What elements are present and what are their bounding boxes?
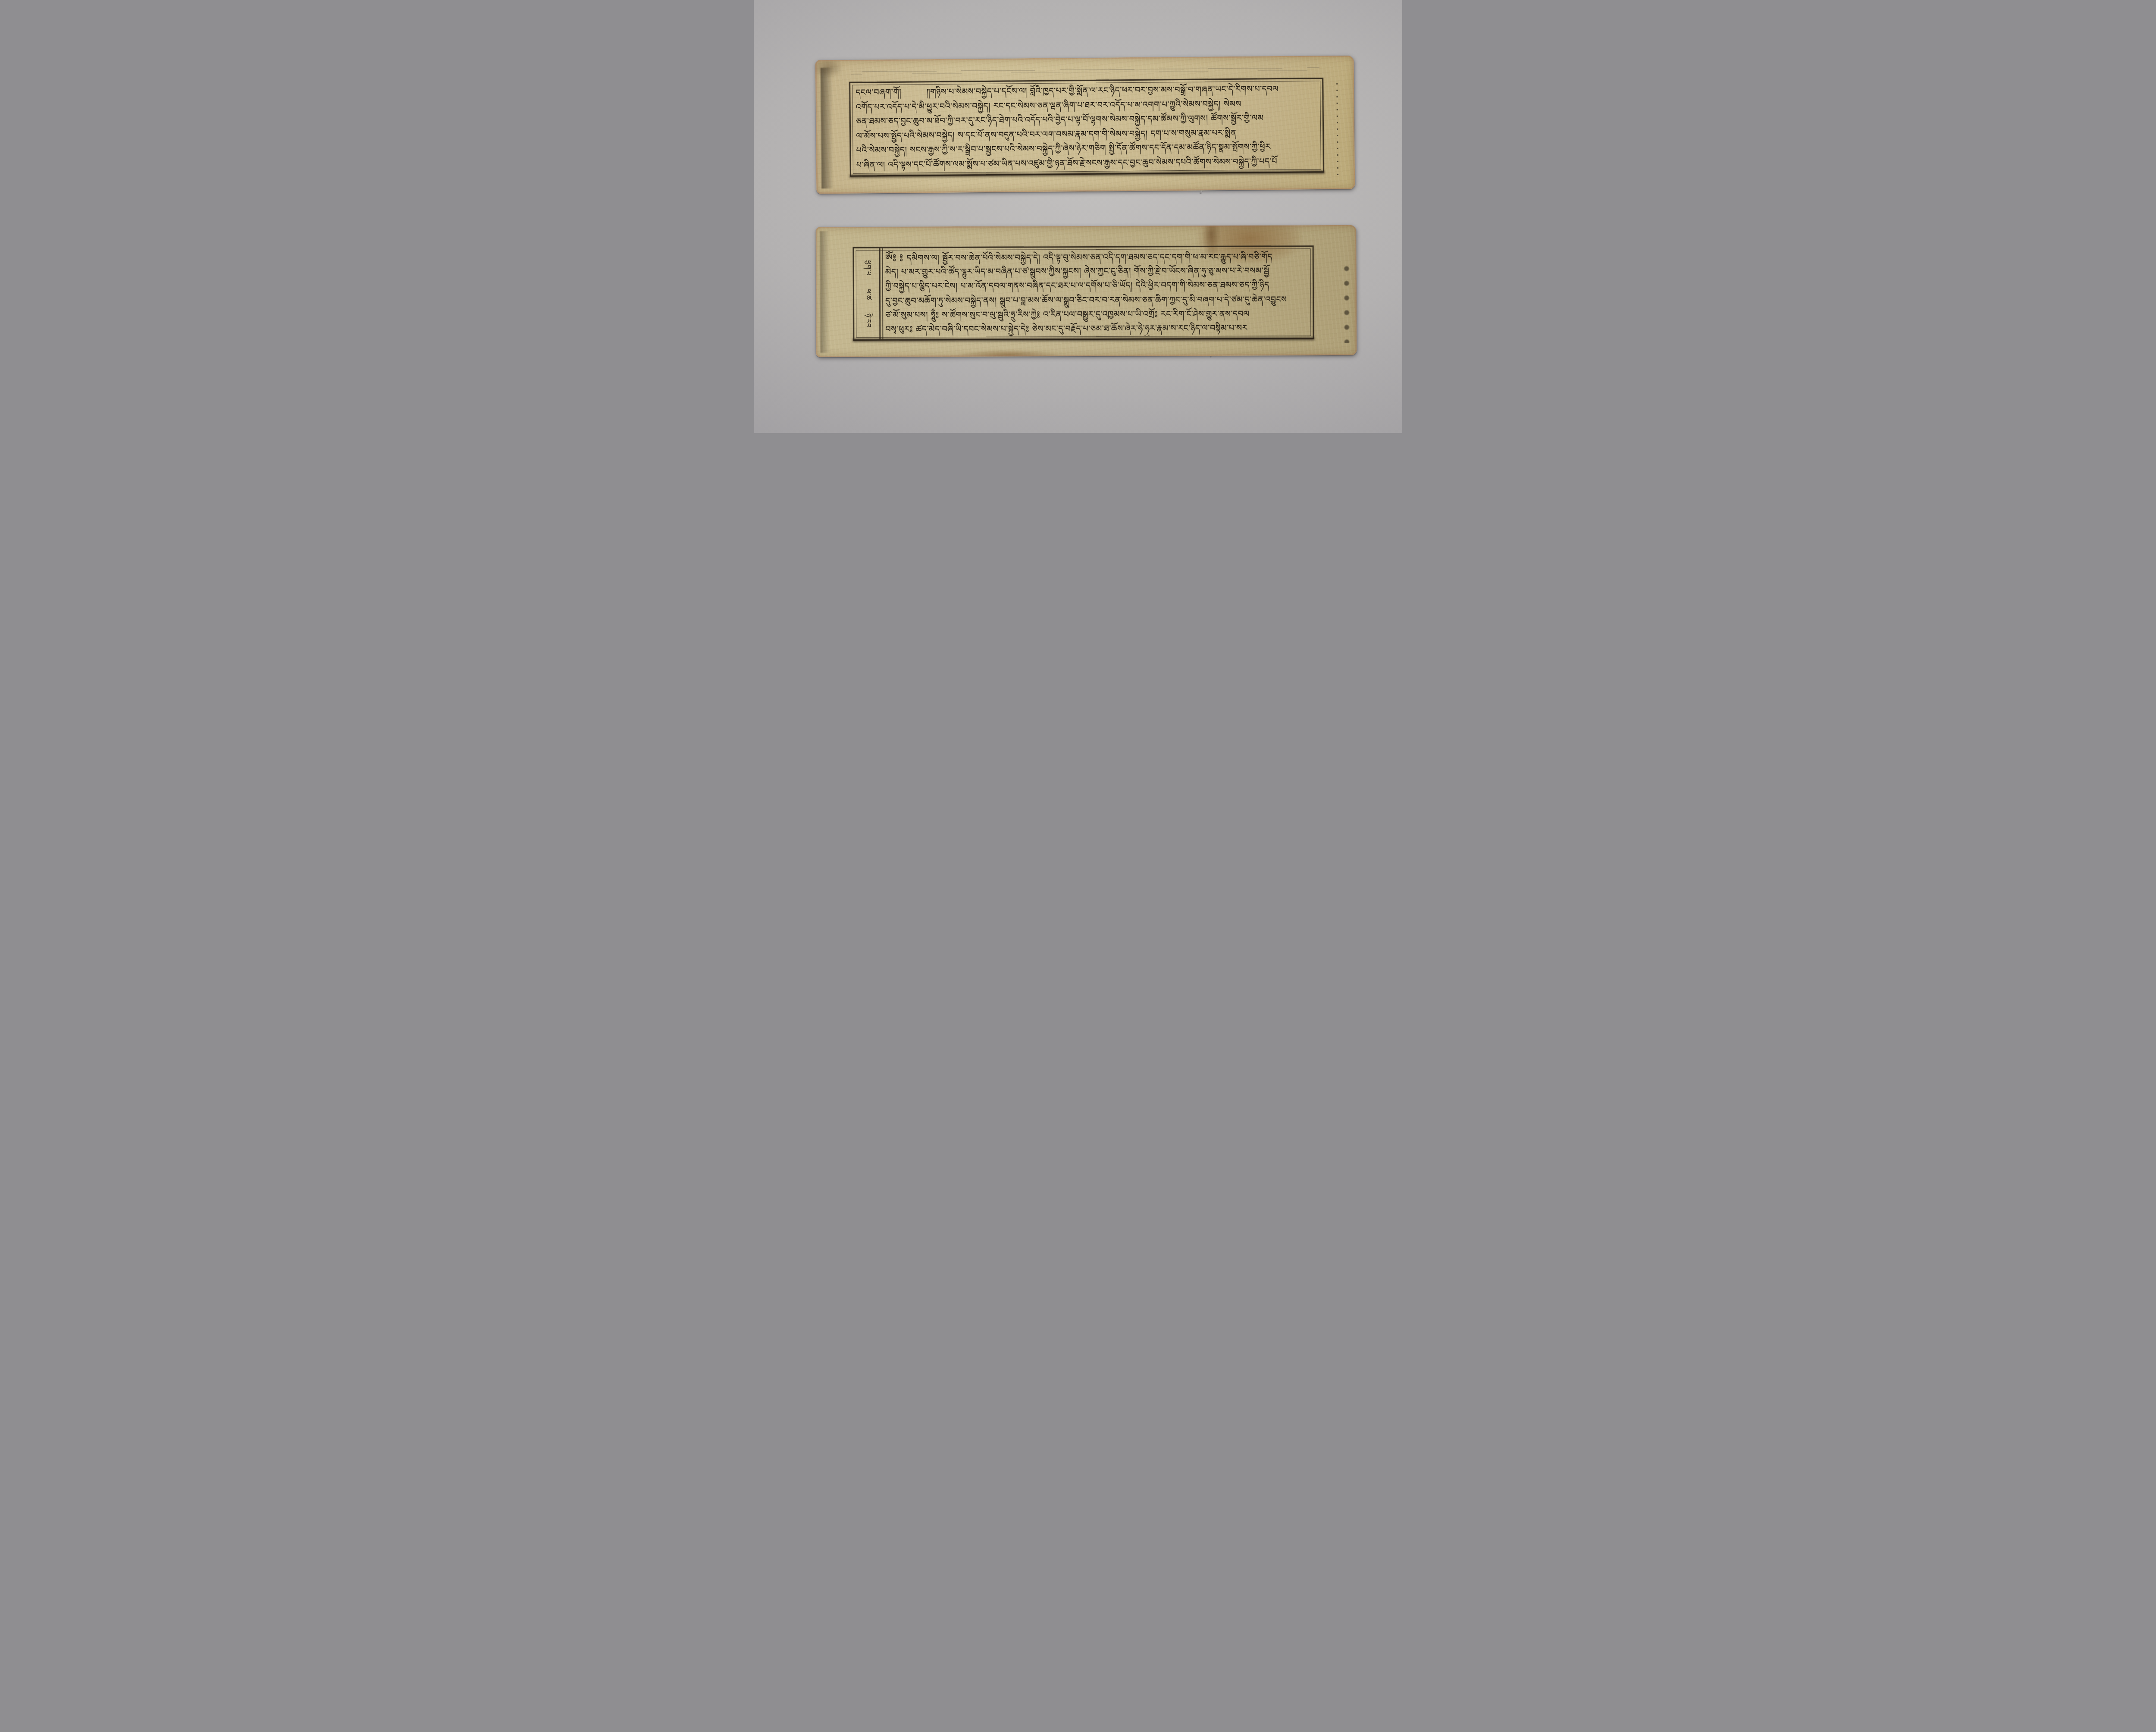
left-margin-column: ཕྱག་པ ཕ་ཚ ཉེ་རབ bbox=[854, 248, 881, 339]
text-line-content: དམིགས་ལ། སྦྱོར་བས་ཆེན་པོའི་སེམས་བསྐྱེད་ད… bbox=[907, 252, 1272, 263]
om-opening-mark: ཨོཾ༔ ༔ bbox=[885, 252, 907, 263]
ink-smudge-left-edge bbox=[820, 231, 830, 353]
smudged-frame-line bbox=[852, 337, 1314, 342]
text-block: ཨོཾ༔ ༔དམིགས་ལ། སྦྱོར་བས་ཆེན་པོའི་སེམས་བས… bbox=[885, 250, 1309, 337]
text-line: ཙ་མོ་སུམ་པས། ཧཱུྃ༔ ས་ཚོགས་སུང་བ་ལུ་སྦུའི… bbox=[885, 307, 1308, 323]
text-line: བསྭ་ཕུར༔ ཚད་མེད་བཞི་ཡི་དབང་སེམས་པ་སྐྱེད་… bbox=[885, 321, 1308, 337]
ink-spatter-right-margin bbox=[1335, 81, 1341, 178]
corner-stain bbox=[815, 57, 843, 78]
text-frame: ཕྱག་པ ཕ་ཚ ཉེ་རབ ཨོཾ༔ ༔དམིགས་ལ། སྦྱོར་བས་… bbox=[853, 245, 1314, 341]
ink-blotches-right-edge bbox=[1342, 261, 1355, 343]
text-line: ཨོཾ༔ ༔དམིགས་ལ། སྦྱོར་བས་ཆེན་པོའི་སེམས་བས… bbox=[885, 250, 1308, 266]
text-block: དངལ་བཞག་གོ། ༎གཉིས་པ་སེམས་བསྐྱེད་པ་དངོས་ལ… bbox=[856, 82, 1319, 173]
ghost-offset-lines bbox=[851, 66, 1319, 75]
text-line: དུ་བྱང་ཆུབ་མཆོག་ཏུ་སེམས་བསྐྱེད་ནས། སྒྲུབ… bbox=[885, 293, 1308, 309]
ink-smudge-left-edge bbox=[821, 68, 834, 188]
text-line: མེད། པ་མར་གྱུར་པའི་ཚོད་ལྷུར་ཡིད་མ་བཞིན་པ… bbox=[885, 264, 1308, 280]
photo-backdrop: དངལ་བཞག་གོ། ༎གཉིས་པ་སེམས་བསྐྱེད་པ་དངོས་ལ… bbox=[754, 0, 1402, 433]
text-line: ཀྱི་བསྐྱེད་པ་ལྕིད་པར་ངེས། པ་མ་འོན་དབལ་གན… bbox=[885, 279, 1308, 295]
margin-divider-line bbox=[882, 248, 883, 339]
stain-bottom-edge bbox=[958, 350, 1057, 357]
upper-folio: དངལ་བཞག་གོ། ༎གཉིས་པ་སེམས་བསྐྱེད་པ་དངོས་ལ… bbox=[815, 56, 1355, 194]
lower-folio: ཕྱག་པ ཕ་ཚ ཉེ་རབ ཨོཾ༔ ༔དམིགས་ལ། སྦྱོར་བས་… bbox=[815, 225, 1357, 357]
margin-vertical-label: ཕྱག་པ ཕ་ཚ ཉེ་རབ bbox=[858, 260, 876, 328]
text-frame: དངལ་བཞག་གོ། ༎གཉིས་པ་སེམས་བསྐྱེད་པ་དངོས་ལ… bbox=[849, 78, 1324, 177]
